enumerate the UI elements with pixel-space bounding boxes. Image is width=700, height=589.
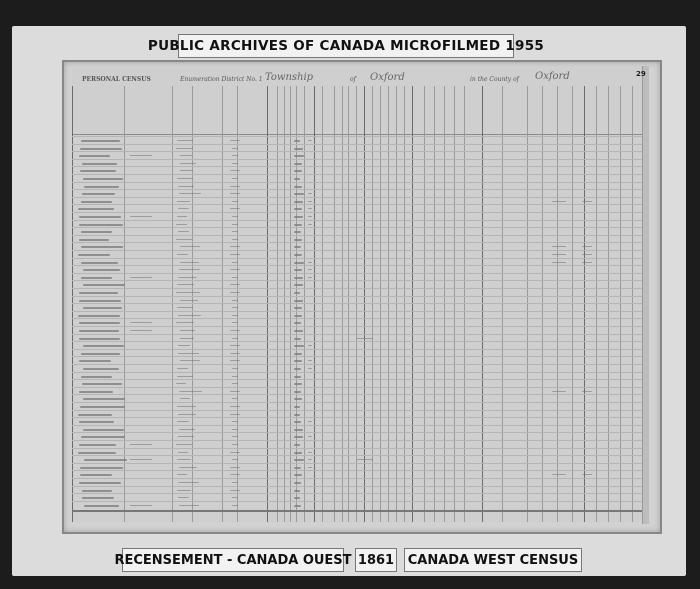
handwriting-stroke — [81, 353, 120, 355]
handwriting-stroke — [177, 368, 188, 369]
handwriting-stroke — [357, 459, 373, 460]
grid-line — [72, 303, 646, 304]
handwriting-stroke — [178, 482, 200, 483]
handwriting-stroke — [232, 444, 238, 445]
handwriting-stroke — [81, 262, 118, 264]
grid-line — [72, 410, 646, 411]
totals-rule — [72, 510, 646, 512]
handwriting-stroke — [232, 368, 238, 369]
district-label: Enumeration District No. 1 — [180, 76, 263, 83]
grid-line — [72, 379, 646, 380]
handwriting-stroke — [80, 148, 123, 150]
handwriting-stroke — [294, 429, 303, 431]
township-handwritten: Township — [265, 72, 313, 83]
handwriting-stroke — [308, 269, 312, 270]
sheet-edge — [642, 66, 649, 524]
grid-line — [72, 212, 646, 213]
handwriting-stroke — [230, 284, 240, 285]
handwriting-stroke — [308, 467, 312, 468]
handwriting-stroke — [308, 421, 312, 422]
handwriting-stroke — [232, 148, 238, 149]
handwriting-stroke — [308, 452, 312, 453]
handwriting-stroke — [180, 330, 195, 331]
handwriting-stroke — [177, 254, 187, 255]
handwriting-stroke — [294, 490, 300, 492]
handwriting-stroke — [178, 497, 189, 498]
handwriting-stroke — [82, 163, 116, 165]
handwriting-stroke — [180, 155, 192, 156]
grid-line — [72, 326, 646, 327]
handwriting-stroke — [308, 262, 312, 263]
handwriting-stroke — [294, 178, 300, 180]
handwriting-stroke — [232, 201, 238, 202]
grid-line — [72, 242, 646, 243]
grid-line — [72, 311, 646, 312]
handwriting-stroke — [582, 262, 592, 263]
handwriting-stroke — [294, 338, 301, 340]
handwriting-stroke — [177, 140, 193, 141]
grid-line — [72, 280, 646, 281]
handwriting-stroke — [83, 429, 124, 431]
handwriting-stroke — [130, 216, 152, 217]
handwriting-stroke — [232, 262, 238, 263]
grid-line — [72, 288, 646, 289]
handwriting-stroke — [232, 163, 238, 164]
handwriting-stroke — [230, 292, 240, 293]
grid-line — [72, 159, 646, 160]
handwriting-stroke — [294, 383, 302, 385]
handwriting-stroke — [308, 208, 312, 209]
handwriting-stroke — [230, 269, 240, 270]
handwriting-stroke — [78, 414, 112, 416]
grid-line — [72, 440, 646, 441]
handwriting-stroke — [294, 148, 303, 150]
handwriting-stroke — [176, 383, 186, 384]
handwriting-stroke — [232, 482, 238, 483]
handwriting-stroke — [79, 444, 116, 446]
handwriting-stroke — [232, 277, 238, 278]
footer-year: 1861 — [355, 548, 397, 572]
grid-line — [72, 265, 646, 266]
handwriting-stroke — [308, 193, 312, 194]
handwriting-stroke — [130, 505, 152, 506]
handwriting-stroke — [308, 360, 312, 361]
handwriting-stroke — [177, 421, 188, 422]
handwriting-stroke — [180, 246, 200, 247]
grid-line — [72, 144, 646, 145]
census-sheet: PERSONAL CENSUS Enumeration District No.… — [62, 60, 662, 534]
handwriting-stroke — [83, 368, 119, 370]
grid-line — [72, 273, 646, 274]
grid-line — [72, 356, 646, 357]
grid-line — [72, 470, 646, 471]
county-handwritten: Oxford — [535, 71, 570, 82]
handwriting-stroke — [179, 193, 201, 194]
handwriting-stroke — [232, 376, 238, 377]
handwriting-stroke — [177, 307, 194, 308]
handwriting-stroke — [81, 231, 112, 233]
handwriting-stroke — [180, 163, 196, 164]
grid-line — [72, 478, 646, 479]
handwriting-stroke — [582, 201, 592, 202]
handwriting-stroke — [232, 505, 238, 506]
handwriting-stroke — [177, 178, 193, 179]
grid-line — [72, 227, 646, 228]
handwriting-stroke — [230, 406, 240, 407]
handwriting-stroke — [294, 231, 301, 233]
form-header: PERSONAL CENSUS Enumeration District No.… — [80, 70, 636, 86]
handwriting-stroke — [130, 277, 152, 278]
grid-line — [72, 501, 646, 502]
handwriting-stroke — [179, 467, 197, 468]
handwriting-stroke — [294, 269, 302, 271]
handwriting-stroke — [308, 345, 312, 346]
handwriting-stroke — [232, 315, 238, 316]
handwriting-stroke — [294, 292, 300, 294]
handwriting-stroke — [308, 224, 312, 225]
grid-line — [72, 372, 646, 373]
handwriting-stroke — [308, 201, 312, 202]
handwriting-stroke — [78, 208, 114, 210]
handwriting-stroke — [230, 467, 240, 468]
handwriting-stroke — [177, 406, 197, 407]
handwriting-stroke — [179, 269, 200, 270]
handwriting-stroke — [79, 330, 119, 332]
handwriting-stroke — [177, 459, 191, 460]
handwriting-stroke — [294, 277, 303, 279]
grid-line — [72, 341, 646, 342]
handwriting-stroke — [230, 170, 240, 171]
handwriting-stroke — [552, 391, 566, 392]
handwriting-stroke — [308, 459, 312, 460]
handwriting-stroke — [294, 155, 304, 157]
handwriting-stroke — [294, 452, 302, 454]
handwriting-stroke — [552, 262, 566, 263]
handwriting-stroke — [230, 246, 240, 247]
form-title: PERSONAL CENSUS — [82, 76, 151, 83]
grid-line — [72, 432, 646, 433]
handwriting-stroke — [294, 330, 303, 332]
handwriting-stroke — [177, 376, 194, 377]
grid-line — [72, 387, 646, 388]
handwriting-stroke — [78, 315, 120, 317]
handwriting-stroke — [81, 436, 125, 438]
handwriting-stroke — [130, 330, 152, 331]
handwriting-stroke — [79, 155, 110, 157]
handwriting-stroke — [81, 140, 120, 142]
handwriting-stroke — [552, 246, 566, 247]
handwriting-stroke — [176, 292, 199, 293]
handwriting-stroke — [130, 459, 152, 460]
handwriting-stroke — [180, 360, 201, 361]
handwriting-stroke — [294, 239, 302, 241]
handwriting-stroke — [294, 391, 301, 393]
handwriting-stroke — [552, 474, 566, 475]
handwriting-stroke — [80, 406, 125, 408]
grid-line — [72, 136, 646, 137]
handwriting-stroke — [80, 474, 111, 476]
handwriting-stroke — [230, 360, 240, 361]
grid-line — [72, 166, 646, 167]
handwriting-stroke — [232, 338, 238, 339]
handwriting-stroke — [294, 467, 301, 469]
handwriting-stroke — [294, 216, 303, 218]
handwriting-stroke — [178, 452, 188, 453]
handwriting-stroke — [294, 345, 304, 347]
handwriting-stroke — [177, 201, 190, 202]
handwriting-stroke — [81, 201, 111, 203]
handwriting-stroke — [178, 414, 195, 415]
handwriting-stroke — [176, 239, 192, 240]
grid-line — [72, 417, 646, 418]
handwriting-stroke — [294, 315, 302, 317]
grid-line — [72, 425, 646, 426]
handwriting-stroke — [230, 345, 240, 346]
handwriting-stroke — [79, 300, 121, 302]
handwriting-stroke — [83, 398, 125, 400]
grid-line — [72, 455, 646, 456]
handwriting-stroke — [177, 216, 187, 217]
handwriting-stroke — [294, 300, 303, 302]
handwriting-stroke — [294, 459, 304, 461]
handwriting-stroke — [294, 193, 304, 195]
grid-line — [72, 486, 646, 487]
handwriting-stroke — [294, 497, 300, 499]
handwriting-stroke — [232, 178, 238, 179]
handwriting-stroke — [178, 186, 194, 187]
handwriting-stroke — [294, 414, 300, 416]
handwriting-stroke — [79, 482, 121, 484]
handwriting-stroke — [176, 322, 194, 323]
grid-line — [72, 151, 646, 152]
handwriting-stroke — [178, 345, 190, 346]
handwriting-stroke — [79, 224, 122, 226]
handwriting-stroke — [230, 474, 240, 475]
handwriting-stroke — [294, 376, 301, 378]
handwriting-stroke — [232, 429, 238, 430]
handwriting-stroke — [582, 391, 592, 392]
handwriting-stroke — [80, 170, 116, 172]
grid-line — [72, 204, 646, 205]
handwriting-stroke — [177, 474, 187, 475]
handwriting-stroke — [294, 353, 302, 355]
handwriting-stroke — [180, 300, 198, 301]
handwriting-stroke — [81, 376, 112, 378]
grid-line — [72, 197, 646, 198]
grid-line — [72, 258, 646, 259]
handwriting-stroke — [294, 368, 301, 370]
archive-label: PUBLIC ARCHIVES OF CANADA MICROFILMED 19… — [178, 34, 514, 58]
page-number: 29 — [636, 70, 646, 78]
handwriting-stroke — [78, 254, 109, 256]
handwriting-stroke — [230, 208, 240, 209]
handwriting-stroke — [178, 353, 200, 354]
handwriting-stroke — [230, 391, 240, 392]
grid-line — [72, 318, 646, 319]
handwriting-stroke — [180, 398, 190, 399]
handwriting-stroke — [294, 406, 300, 408]
handwriting-stroke — [308, 368, 312, 369]
grid-line — [72, 448, 646, 449]
handwriting-stroke — [80, 467, 123, 469]
handwriting-stroke — [178, 231, 189, 232]
grid-line — [72, 182, 646, 183]
handwriting-stroke — [294, 186, 302, 188]
handwriting-stroke — [294, 482, 301, 484]
handwriting-stroke — [83, 307, 122, 309]
of-label: of — [350, 76, 356, 83]
grid-line — [72, 493, 646, 494]
handwriting-stroke — [294, 163, 302, 165]
handwriting-stroke — [232, 216, 238, 217]
handwriting-stroke — [79, 239, 109, 241]
handwriting-stroke — [84, 505, 119, 507]
handwriting-stroke — [79, 360, 111, 362]
handwriting-stroke — [232, 239, 238, 240]
handwriting-stroke — [552, 254, 566, 255]
handwriting-stroke — [230, 353, 240, 354]
handwriting-stroke — [178, 315, 201, 316]
grid-line — [72, 296, 646, 297]
grid-line — [72, 402, 646, 403]
handwriting-stroke — [79, 322, 121, 324]
handwriting-stroke — [180, 338, 194, 339]
handwriting-stroke — [232, 224, 238, 225]
grid-line — [72, 174, 646, 175]
grid-line — [72, 334, 646, 335]
handwriting-stroke — [230, 140, 240, 141]
grid-line — [72, 349, 646, 350]
grid-line — [72, 250, 646, 251]
handwriting-stroke — [308, 140, 312, 141]
handwriting-stroke — [82, 193, 114, 195]
handwriting-stroke — [232, 300, 238, 301]
handwriting-stroke — [84, 459, 127, 461]
handwriting-stroke — [294, 421, 301, 423]
grid-line — [72, 394, 646, 395]
handwriting-stroke — [79, 216, 122, 218]
handwriting-stroke — [294, 224, 302, 226]
handwriting-stroke — [230, 186, 240, 187]
grid-line — [72, 463, 646, 464]
handwriting-stroke — [357, 338, 373, 339]
handwriting-stroke — [81, 277, 112, 279]
handwriting-stroke — [176, 224, 187, 225]
place-handwritten: Oxford — [370, 72, 405, 83]
handwriting-stroke — [83, 178, 123, 180]
county-label: in the County of — [470, 76, 519, 83]
handwriting-stroke — [294, 140, 300, 142]
handwriting-stroke — [230, 193, 240, 194]
handwriting-stroke — [176, 148, 193, 149]
handwriting-stroke — [308, 216, 312, 217]
grid-line — [72, 364, 646, 365]
handwriting-stroke — [83, 345, 124, 347]
handwriting-stroke — [179, 429, 196, 430]
handwriting-stroke — [179, 391, 202, 392]
handwriting-stroke — [552, 201, 566, 202]
handwriting-stroke — [178, 208, 189, 209]
handwriting-stroke — [130, 444, 152, 445]
handwriting-stroke — [83, 284, 125, 286]
handwriting-stroke — [84, 186, 119, 188]
handwriting-stroke — [582, 254, 592, 255]
handwriting-stroke — [230, 330, 240, 331]
handwriting-stroke — [177, 490, 191, 491]
handwriting-stroke — [294, 307, 302, 309]
handwriting-stroke — [176, 444, 192, 445]
handwriting-stroke — [130, 155, 152, 156]
handwriting-stroke — [294, 505, 301, 507]
footer-english-title: CANADA WEST CENSUS — [404, 548, 582, 572]
handwriting-stroke — [130, 322, 152, 323]
handwriting-stroke — [230, 254, 240, 255]
handwriting-stroke — [79, 292, 117, 294]
handwriting-stroke — [230, 452, 240, 453]
grid-line — [72, 189, 646, 190]
handwriting-stroke — [83, 269, 120, 271]
handwriting-stroke — [308, 277, 312, 278]
handwriting-stroke — [81, 246, 123, 248]
handwriting-stroke — [308, 436, 312, 437]
handwriting-stroke — [79, 391, 114, 393]
handwriting-stroke — [230, 490, 240, 491]
handwriting-stroke — [78, 452, 116, 454]
handwriting-stroke — [82, 490, 112, 492]
handwriting-stroke — [79, 421, 114, 423]
handwriting-stroke — [82, 497, 114, 499]
handwriting-stroke — [82, 383, 123, 385]
handwriting-stroke — [79, 338, 121, 340]
handwriting-stroke — [178, 277, 197, 278]
handwriting-stroke — [179, 505, 199, 506]
handwriting-stroke — [294, 201, 303, 203]
column-headers — [72, 86, 646, 135]
handwriting-stroke — [230, 414, 240, 415]
handwriting-stroke — [294, 262, 304, 264]
handwriting-stroke — [294, 444, 300, 446]
census-grid: PERSONAL CENSUS Enumeration District No.… — [72, 68, 646, 522]
handwriting-stroke — [180, 262, 199, 263]
grid-line — [72, 220, 646, 221]
footer-french-title: RECENSEMENT - CANADA OUEST — [122, 548, 344, 572]
handwriting-stroke — [294, 254, 302, 256]
grid-line — [72, 235, 646, 236]
